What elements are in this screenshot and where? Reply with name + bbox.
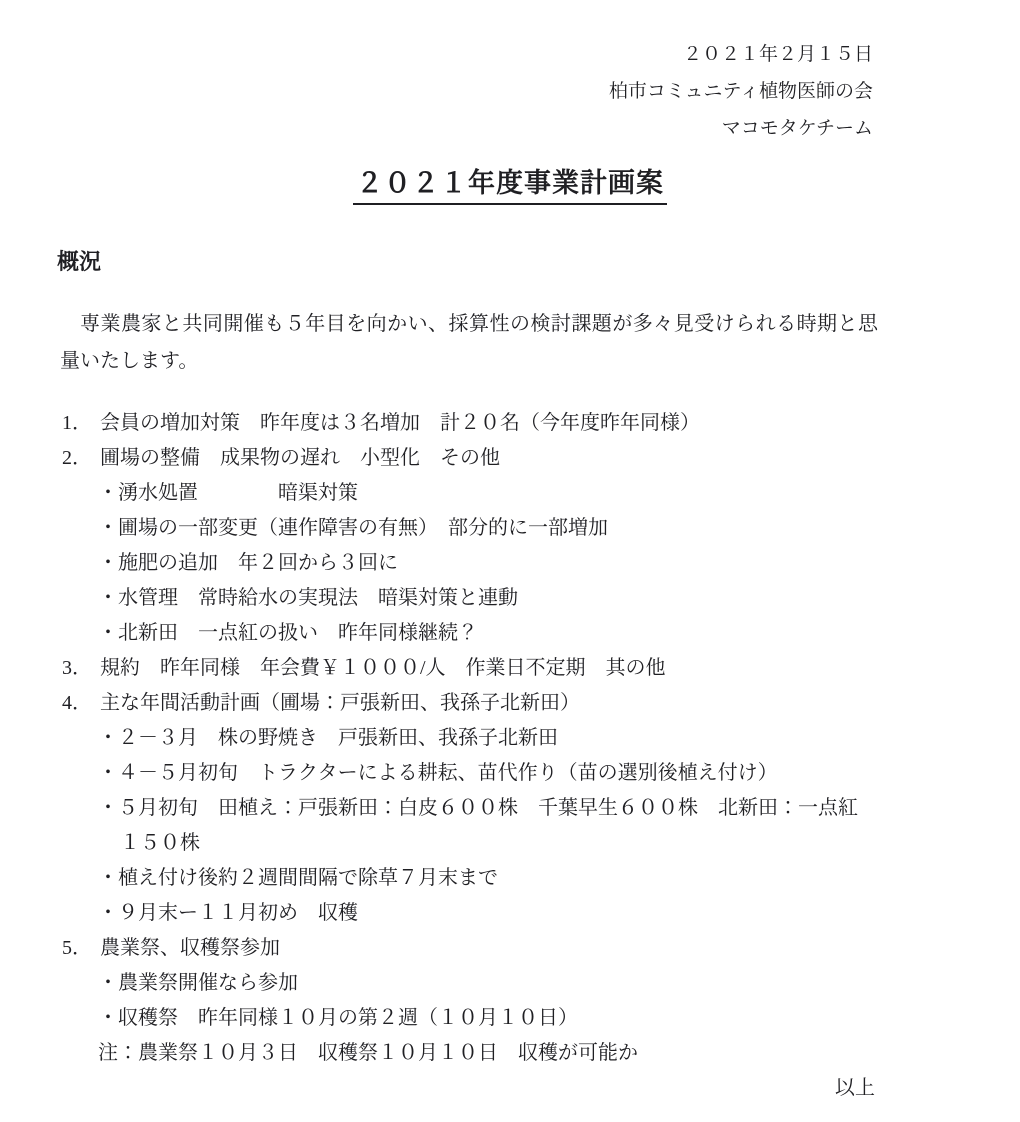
list-item-3: 3．規約 昨年同様 年会費￥１０００/人 作業日不定期 其の他	[62, 651, 1020, 686]
item-text: 主な年間活動計画（圃場：戸張新田、我孫子北新田）	[100, 692, 580, 714]
sub-item: ・４－５月初旬 トラクターによる耕耘、苗代作り（苗の選別後植え付け）	[62, 756, 1020, 791]
item-text: 会員の増加対策 昨年度は３名増加 計２０名（今年度昨年同様）	[100, 412, 700, 434]
document-page: ２０２１年２月１５日 柏市コミュニティ植物医師の会 マコモタケチーム ２０２１年…	[0, 0, 1020, 1122]
sub-item: ・収穫祭 昨年同様１０月の第２週（１０月１０日）	[62, 1001, 1020, 1036]
item-text: 圃場の整備 成果物の遅れ 小型化 その他	[100, 447, 500, 469]
title-container: ２０２１年度事業計画案	[0, 161, 1020, 205]
sub-item: ・農業祭開催なら参加	[62, 966, 1020, 1001]
closing-statement: 以上	[0, 1071, 1020, 1106]
item-text: 農業祭、収穫祭参加	[100, 937, 280, 959]
item-number: 4．	[62, 686, 100, 721]
sub-item: ・圃場の一部変更（連作障害の有無） 部分的に一部増加	[62, 511, 1020, 546]
sub-item: ・北新田 一点紅の扱い 昨年同様継続？	[62, 616, 1020, 651]
team-name: マコモタケチーム	[0, 110, 873, 147]
page-title: ２０２１年度事業計画案	[353, 161, 667, 205]
sub-item: ・９月末ー１１月初め 収穫	[62, 896, 1020, 931]
list-item-4: 4．主な年間活動計画（圃場：戸張新田、我孫子北新田）	[62, 686, 1020, 721]
item-number: 2．	[62, 441, 100, 476]
item-number: 5．	[62, 931, 100, 966]
section-heading: 概況	[57, 245, 1020, 276]
organization-name: 柏市コミュニティ植物医師の会	[0, 73, 873, 110]
plan-list: 1．会員の増加対策 昨年度は３名増加 計２０名（今年度昨年同様） 2．圃場の整備…	[62, 406, 1020, 1071]
sub-item: ・施肥の追加 年２回から３回に	[62, 546, 1020, 581]
item-number: 1．	[62, 406, 100, 441]
list-item-5: 5．農業祭、収穫祭参加	[62, 931, 1020, 966]
intro-paragraph: 専業農家と共同開催も５年目を向かい、採算性の検討課題が多々見受けられる時期と思量…	[60, 306, 878, 380]
sub-item: ・水管理 常時給水の実現法 暗渠対策と連動	[62, 581, 1020, 616]
sub-item: ・５月初旬 田植え：戸張新田：白皮６００株 千葉早生６００株 北新田：一点紅	[62, 791, 1020, 826]
document-date: ２０２１年２月１５日	[0, 36, 873, 73]
document-header: ２０２１年２月１５日 柏市コミュニティ植物医師の会 マコモタケチーム	[0, 0, 1020, 147]
list-item-1: 1．会員の増加対策 昨年度は３名増加 計２０名（今年度昨年同様）	[62, 406, 1020, 441]
item-text: 規約 昨年同様 年会費￥１０００/人 作業日不定期 其の他	[100, 657, 666, 679]
list-item-2: 2．圃場の整備 成果物の遅れ 小型化 その他	[62, 441, 1020, 476]
sub-item-continuation: １５０株	[62, 826, 1020, 861]
sub-item: ・湧水処置 暗渠対策	[62, 476, 1020, 511]
sub-item: ・植え付け後約２週間間隔で除草７月末まで	[62, 861, 1020, 896]
item-number: 3．	[62, 651, 100, 686]
sub-item: ・２－３月 株の野焼き 戸張新田、我孫子北新田	[62, 721, 1020, 756]
note-line: 注：農業祭１０月３日 収穫祭１０月１０日 収穫が可能か	[62, 1036, 1020, 1071]
